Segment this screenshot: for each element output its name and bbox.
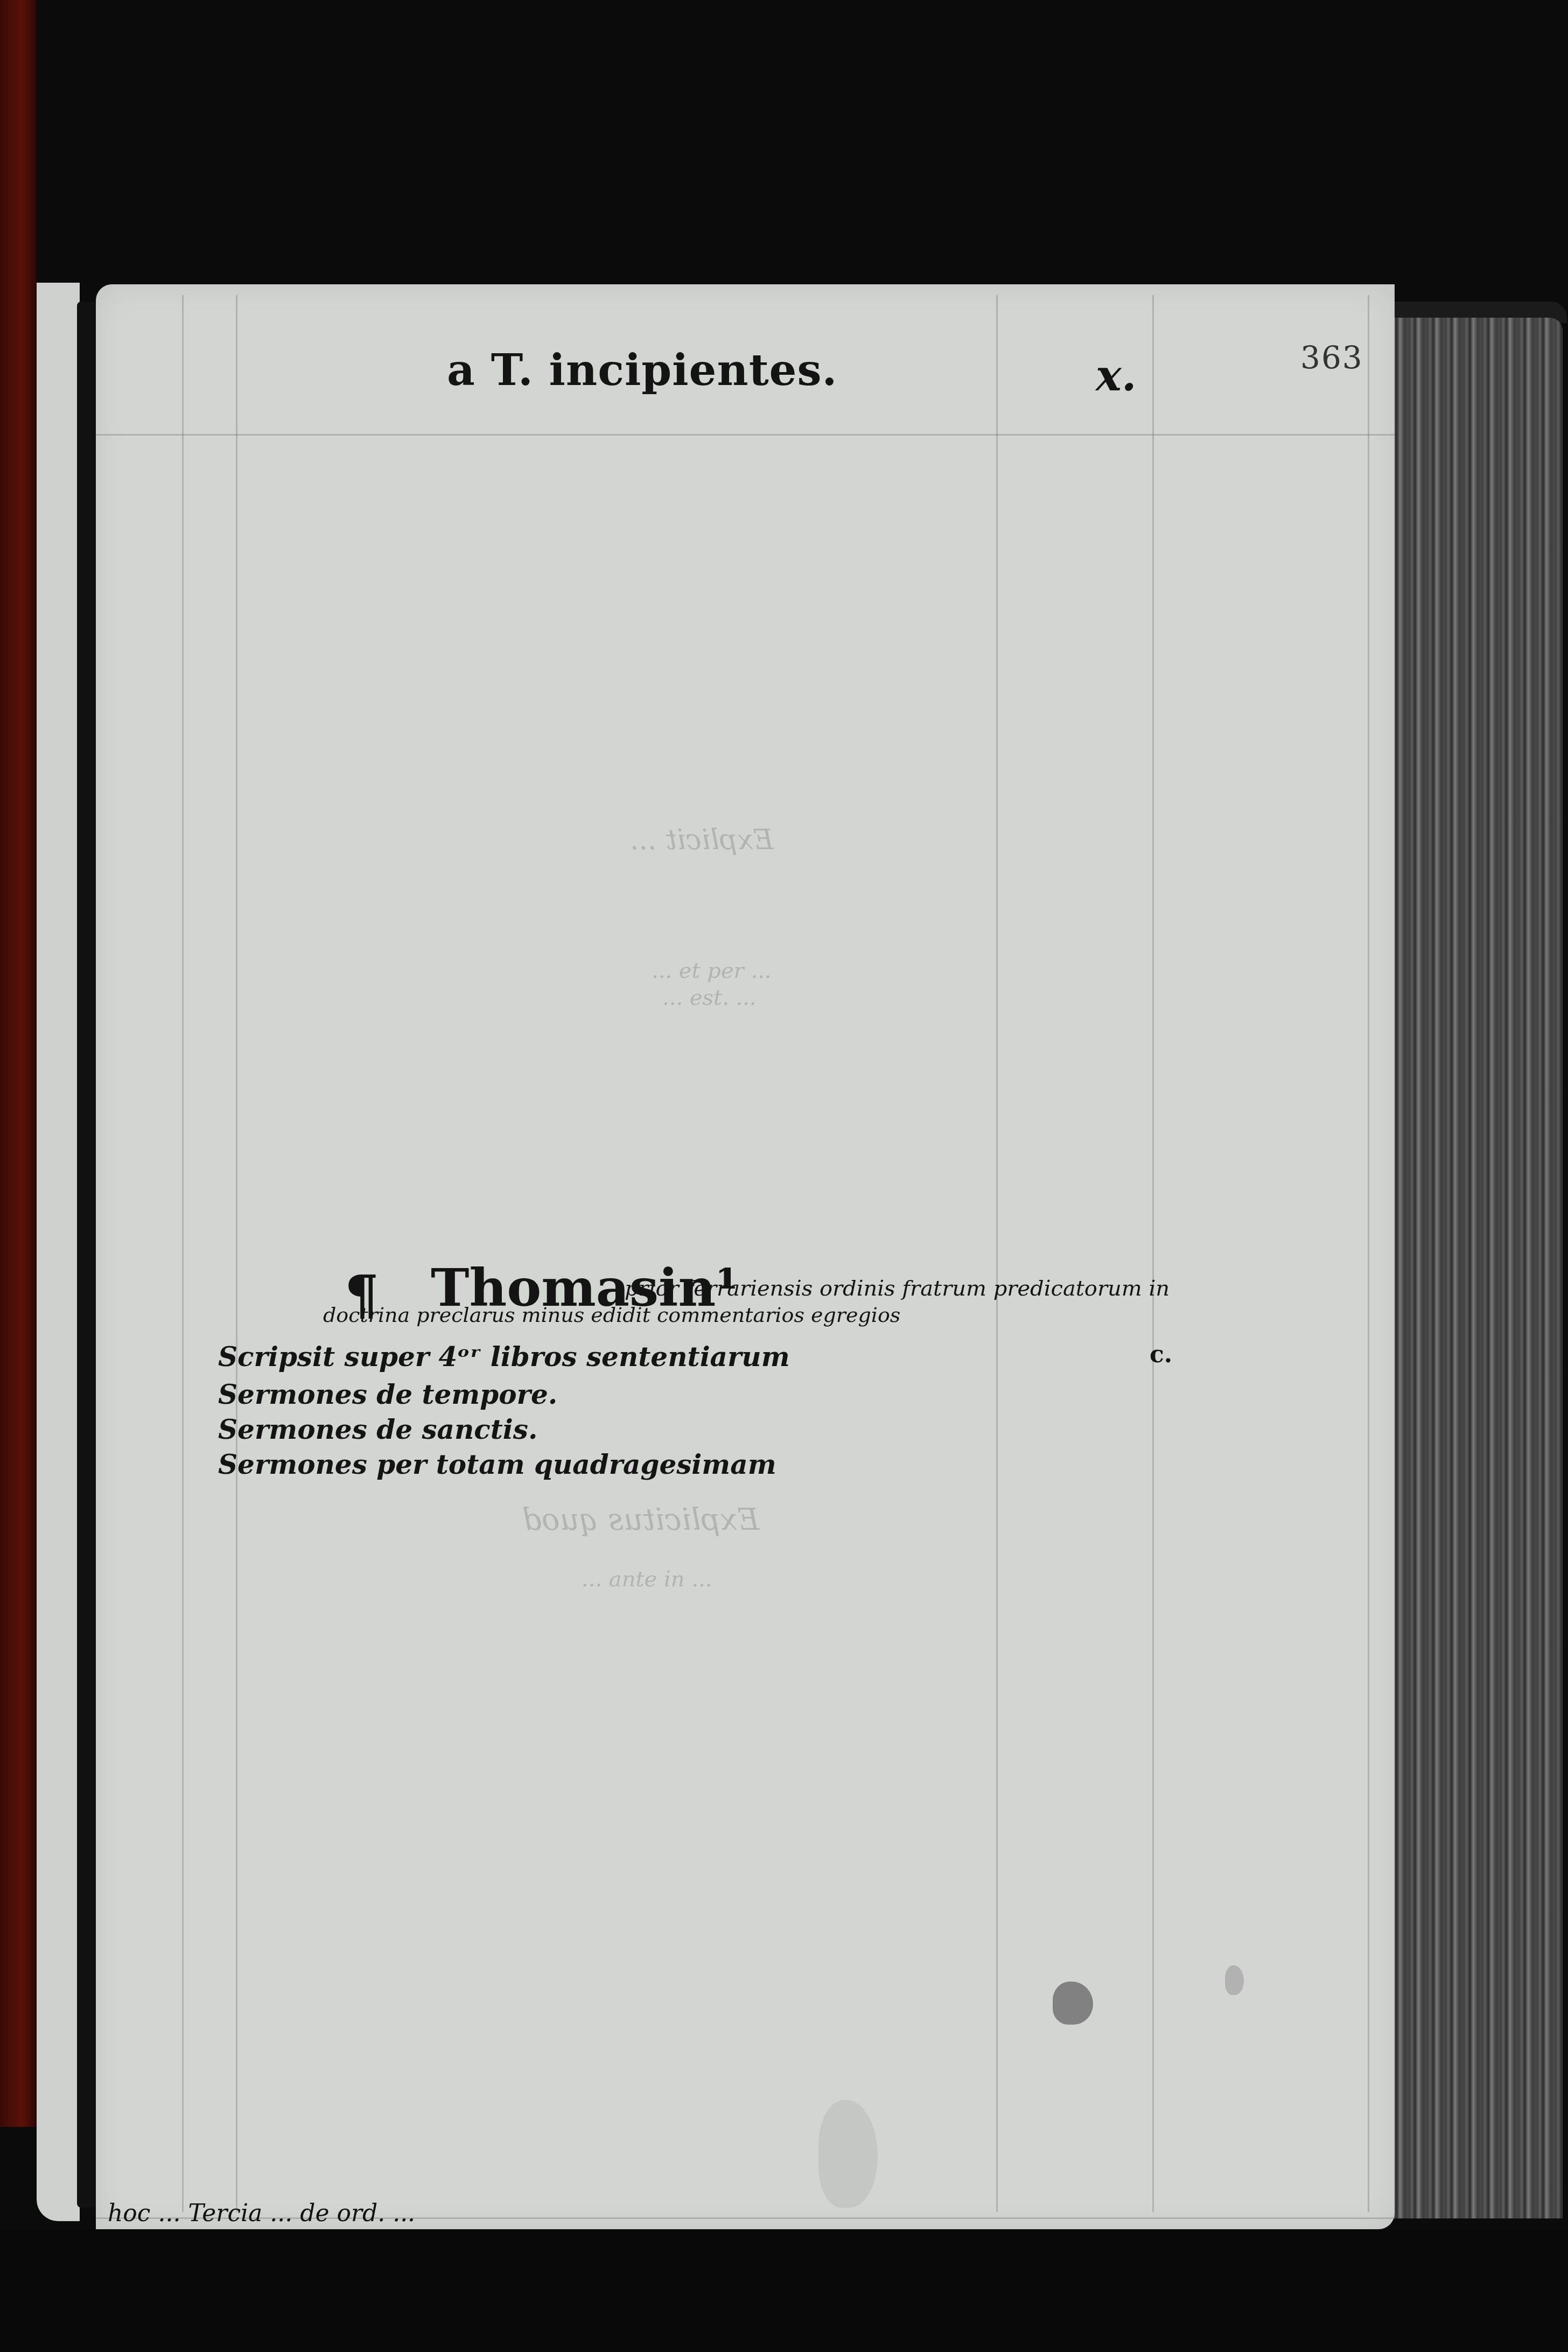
show-through-fragment: ... ante in ... bbox=[582, 1567, 712, 1592]
ruling-line bbox=[182, 295, 184, 2212]
ruling-line bbox=[96, 434, 1395, 436]
margin-annotation: c. bbox=[1150, 1341, 1172, 1368]
work-list-item: Sermones de sanctis. bbox=[218, 1413, 537, 1445]
work-list-item: Sermones de tempore. bbox=[218, 1378, 557, 1410]
entry-description-line: prior ferrariensis ordinis fratrum predi… bbox=[625, 1276, 1170, 1301]
manuscript-page bbox=[96, 284, 1395, 2229]
entry-description-line: doctrina preclarus minus edidit commenta… bbox=[323, 1303, 900, 1327]
ink-stain bbox=[1225, 1965, 1244, 1995]
ruling-line bbox=[1152, 295, 1154, 2212]
bottom-edge-text: hoc ... Tercia ... de ord. ... bbox=[108, 2200, 415, 2227]
show-through-heading: Explicit ... bbox=[630, 824, 774, 856]
facing-page-edge bbox=[37, 283, 80, 2221]
page-bottom-shadow bbox=[0, 2229, 1568, 2352]
folio-number: 363 bbox=[1300, 339, 1363, 376]
ruling-line bbox=[1368, 295, 1369, 2212]
ink-stain bbox=[1053, 1982, 1093, 2025]
show-through-fragment: ... est. ... bbox=[662, 985, 757, 1010]
show-through-heading: Explicitus quod bbox=[522, 1502, 759, 1537]
ruling-line bbox=[236, 295, 237, 2212]
work-list-item: Sermones per totam quadragesimam bbox=[218, 1448, 776, 1480]
running-header-incipit: a T. incipientes. bbox=[447, 345, 837, 395]
book-gutter bbox=[77, 302, 96, 2208]
ruling-line bbox=[996, 295, 998, 2212]
book-fore-edge bbox=[1390, 318, 1563, 2218]
section-numeral: x. bbox=[1096, 350, 1137, 401]
red-border-strip bbox=[0, 0, 37, 2127]
show-through-fragment: ... et per ... bbox=[652, 958, 772, 983]
work-list-item: Scripsit super 4ᵒʳ libros sententiarum bbox=[218, 1341, 790, 1373]
